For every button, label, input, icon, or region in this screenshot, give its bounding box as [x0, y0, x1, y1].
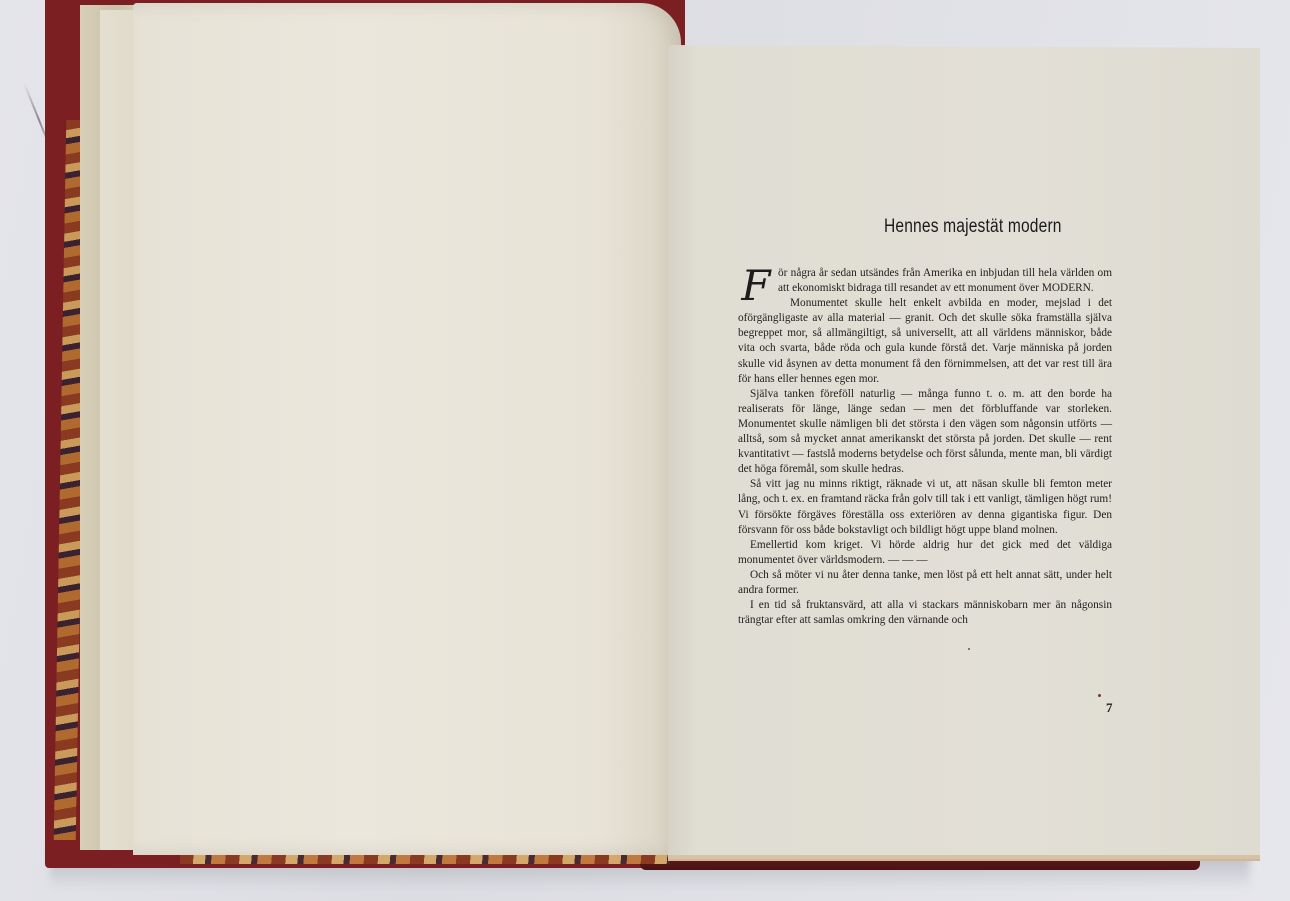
- page-edge: [668, 855, 1260, 859]
- chapter-body: För några år sedan utsändes från Amerika…: [738, 266, 1112, 628]
- page-number: 7: [1106, 700, 1113, 716]
- ornamental-drop-cap: F: [738, 266, 774, 308]
- paper-speck: [1098, 694, 1101, 697]
- left-page-blank: [133, 3, 681, 855]
- paragraph-7: I en tid så fruktansvärd, att alla vi st…: [738, 598, 1112, 628]
- paragraph-1: För några år sedan utsändes från Amerika…: [738, 266, 1112, 296]
- paragraph-6: Och så möter vi nu åter denna tanke, men…: [738, 568, 1112, 598]
- paragraph-5: Emellertid kom kriget. Vi hörde aldrig h…: [738, 538, 1112, 568]
- paragraph-3: Själva tanken föreföll naturlig — många …: [738, 387, 1112, 478]
- paragraph-2: Monumentet skulle helt enkelt avbilda en…: [738, 296, 1112, 387]
- paragraph-4: Så vitt jag nu minns riktigt, räknade vi…: [738, 477, 1112, 537]
- paper-speck: [968, 648, 970, 650]
- chapter-title: Hennes majestät modern: [776, 216, 1170, 238]
